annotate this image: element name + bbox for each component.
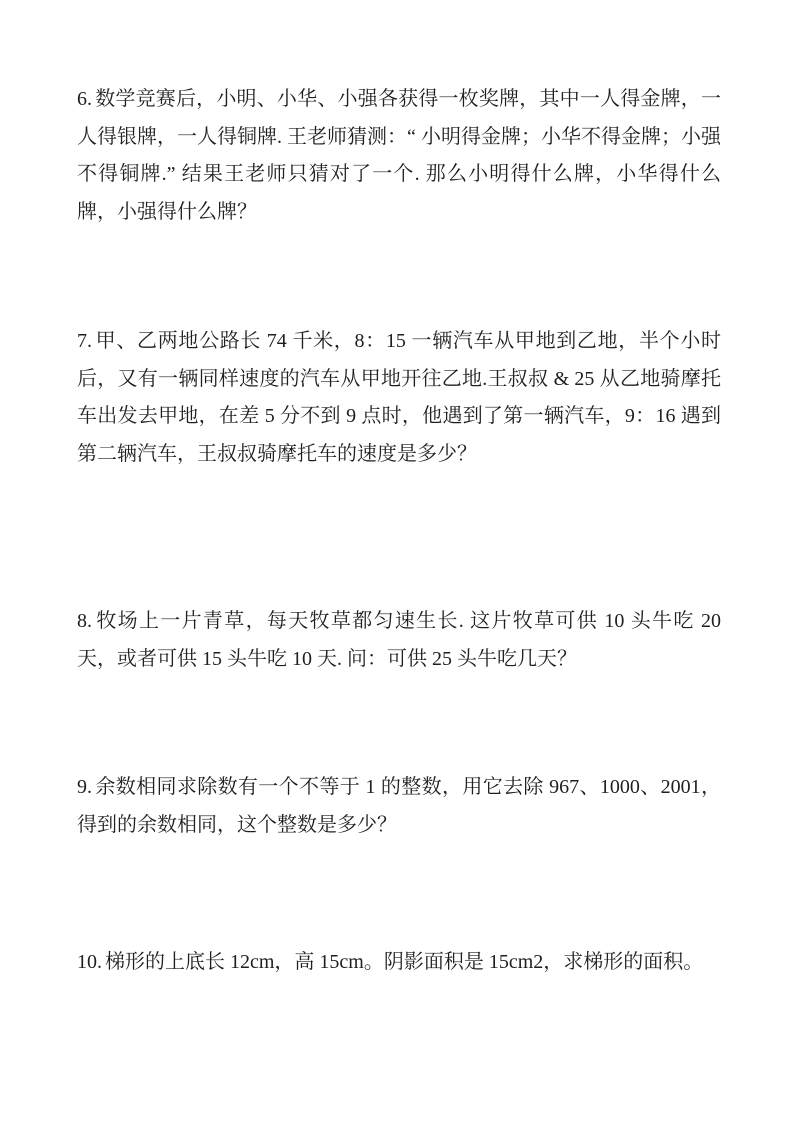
problem-6-number: 6. (77, 88, 95, 110)
problem-9-number: 9. (77, 776, 95, 798)
problem-7: 7.甲、乙两地公路长 74 千米，8：15 一辆汽车从甲地到乙地，半个小时后，又… (77, 323, 721, 473)
problem-7-number: 7. (77, 330, 95, 352)
problem-10: 10.梯形的上底长 12cm，高 15cm。阴影面积是 15cm2，求梯形的面积… (77, 944, 721, 982)
problem-9: 9.余数相同求除数有一个不等于 1 的整数，用它去除 967、1000、2001… (77, 769, 721, 844)
problem-6: 6.数学竞赛后，小明、小华、小强各获得一枚奖牌，其中一人得金牌，一人得银牌，一人… (77, 81, 721, 231)
problem-10-text: 梯形的上底长 12cm，高 15cm。阴影面积是 15cm2，求梯形的面积。 (105, 951, 703, 973)
problem-7-text: 甲、乙两地公路长 74 千米，8：15 一辆汽车从甲地到乙地，半个小时后，又有一… (77, 330, 721, 465)
problem-10-number: 10. (77, 951, 105, 973)
problem-8-text: 牧场上一片青草，每天牧草都匀速生长. 这片牧草可供 10 头牛吃 20 天，或者… (77, 610, 721, 670)
problem-8: 8.牧场上一片青草，每天牧草都匀速生长. 这片牧草可供 10 头牛吃 20 天，… (77, 603, 721, 678)
problem-8-number: 8. (77, 610, 95, 632)
problem-9-text: 余数相同求除数有一个不等于 1 的整数，用它去除 967、1000、2001，得… (77, 776, 721, 836)
worksheet-page: 6.数学竞赛后，小明、小华、小强各获得一枚奖牌，其中一人得金牌，一人得银牌，一人… (0, 0, 793, 1122)
problem-6-text: 数学竞赛后，小明、小华、小强各获得一枚奖牌，其中一人得金牌，一人得银牌，一人得铜… (77, 88, 721, 223)
